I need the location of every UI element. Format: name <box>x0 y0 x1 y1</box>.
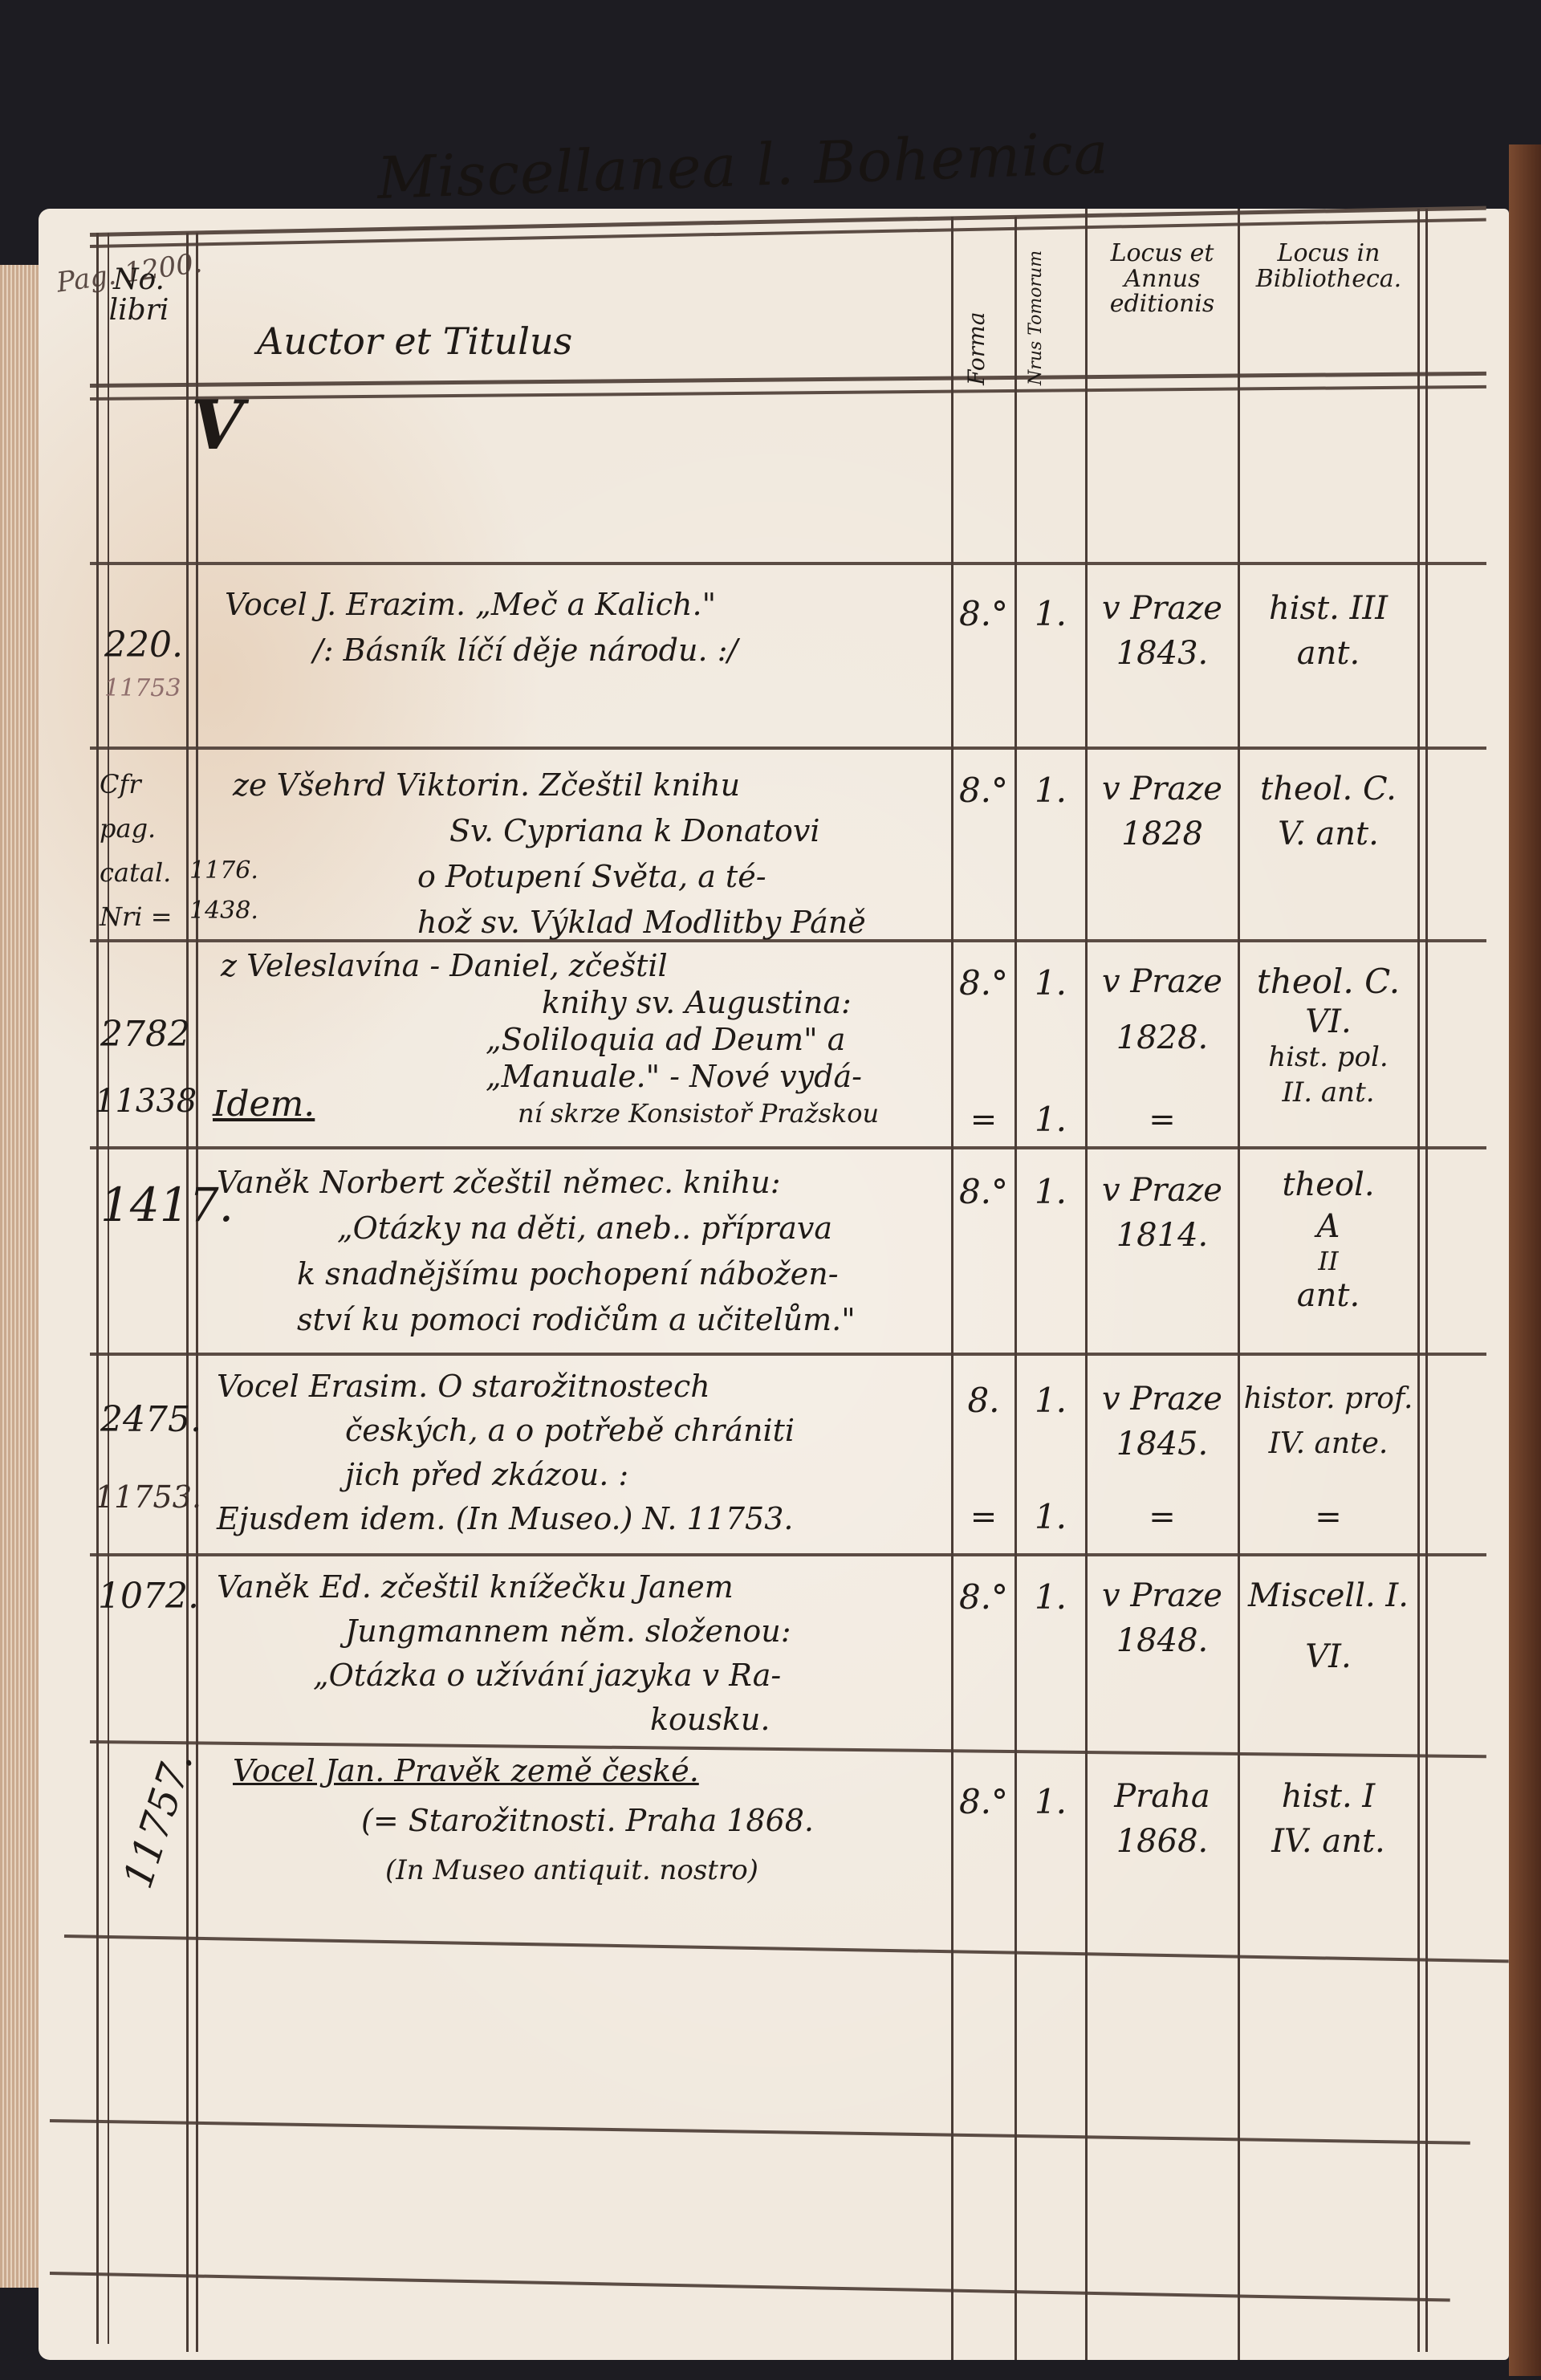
entry-line: kousku. <box>217 1698 791 1742</box>
shelf-mark: ant. <box>1240 1275 1417 1316</box>
col-rule <box>951 217 953 2360</box>
tomi-value: 1. <box>1017 1778 1084 1826</box>
shelf-mark: hist. I <box>1240 1774 1417 1819</box>
row-number: 2475. <box>100 1401 201 1439</box>
year: 1845. <box>1088 1422 1237 1467</box>
shelf-mark: ant. <box>1240 631 1417 676</box>
place: v Praze <box>1088 586 1237 631</box>
shelf-mark: IV. ant. <box>1240 1819 1417 1864</box>
row-number-secondary: 11753. <box>95 1481 201 1515</box>
shelf-mark: II <box>1240 1247 1417 1275</box>
locus-bibliotheca: Miscell. I. VI. <box>1240 1573 1417 1679</box>
shelf-mark: theol. <box>1240 1164 1417 1206</box>
place: v Praze <box>1088 1168 1237 1213</box>
locus-annus: v Praze 1845. <box>1088 1377 1237 1467</box>
year: 1828. <box>1088 1015 1237 1060</box>
shelf-mark: theol. C. <box>1240 767 1417 812</box>
year: 1814. <box>1088 1213 1237 1258</box>
entry-line: Vocel Erasim. O starožitnostech <box>217 1365 795 1409</box>
locus-bibliotheca: histor. prof. IV. ante. <box>1240 1377 1417 1467</box>
entry-text: Vocel Erasim. O starožitnostech českých,… <box>217 1365 795 1541</box>
row-number-pencil: 11753 <box>104 674 181 702</box>
locus-annus-ditto: = <box>1088 1493 1237 1541</box>
entry-line: (In Museo antiquit. nostro) <box>233 1845 814 1895</box>
row-number: 1417. <box>100 1180 234 1231</box>
tomi-value: 1. <box>1017 590 1084 638</box>
shelf-mark: V. ant. <box>1240 812 1417 856</box>
locus-annus: v Praze 1828. <box>1088 959 1237 1060</box>
forma-value: 8.° <box>953 590 1014 638</box>
col-rule <box>1425 209 1428 2352</box>
col-rule <box>186 233 189 2352</box>
entry-line: ní skrze Konsistoř Pražskou <box>221 1095 879 1132</box>
year: 1828 <box>1088 812 1237 856</box>
entry-line: Sv. Cypriana k Donatovi <box>233 808 866 854</box>
row-divider <box>90 562 1486 565</box>
book-cover-edge <box>1509 144 1541 2376</box>
entry-line: „Otázky na děti, aneb.. příprava <box>217 1206 856 1251</box>
entry-line: knihy sv. Augustina: <box>221 984 879 1021</box>
locus-bibliotheca: theol. C. V. ant. <box>1240 767 1417 856</box>
row-number-cross-reference: Cfr pag. catal. Nri = <box>100 763 188 939</box>
entry-text: Vaněk Norbert zčeštil němec. knihu: „Otá… <box>217 1160 856 1343</box>
page-title: Miscellanea l. Bohemica <box>376 119 1110 212</box>
tomi-value-secondary: 1. <box>1017 1493 1084 1541</box>
shelf-mark: VI. <box>1240 1634 1417 1679</box>
locus-bibliotheca: theol. A II ant. <box>1240 1164 1417 1316</box>
year: 1868. <box>1088 1819 1237 1864</box>
shelf-mark: A <box>1240 1206 1417 1247</box>
forma-value: 8. <box>953 1377 1014 1425</box>
entry-text: ze Všehrd Viktorin. Zčeštil knihu Sv. Cy… <box>233 763 866 946</box>
col-rule <box>1085 209 1088 2360</box>
entry-line: /: Básník líčí děje národu. :/ <box>225 628 738 673</box>
forma-value: 8.° <box>953 959 1014 1007</box>
shelf-mark: IV. ante. <box>1240 1422 1417 1467</box>
entry-line: Vocel Jan. Pravěk země české. <box>233 1746 814 1796</box>
shelf-mark: Miscell. I. <box>1240 1573 1417 1618</box>
entry-line: Vaněk Norbert zčeštil němec. knihu: <box>217 1160 856 1206</box>
tomi-value: 1. <box>1017 1168 1084 1216</box>
tomi-value-secondary: 1. <box>1017 1096 1084 1144</box>
forma-value: 8.° <box>953 767 1014 815</box>
place: Praha <box>1088 1774 1237 1819</box>
place: v Praze <box>1088 767 1237 812</box>
entry-line: (= Starožitnosti. Praha 1868. <box>233 1796 814 1845</box>
locus-annus: v Praze 1828 <box>1088 767 1237 856</box>
locus-annus: Praha 1868. <box>1088 1774 1237 1864</box>
forma-value: 8.° <box>953 1573 1014 1621</box>
header-locus-bibliotheca: Locus in Bibliotheca. <box>1242 241 1415 291</box>
col-rule <box>96 233 99 2344</box>
shelf-mark: hist. pol. <box>1240 1039 1417 1075</box>
place: v Praze <box>1088 959 1237 1004</box>
locus-annus: v Praze 1814. <box>1088 1168 1237 1258</box>
tomi-value: 1. <box>1017 767 1084 815</box>
shelf-mark: VI. <box>1240 1004 1417 1039</box>
entry-line: ze Všehrd Viktorin. Zčeštil knihu <box>233 763 866 808</box>
row-divider <box>90 1553 1486 1556</box>
header-no-libri: No. libri <box>95 265 183 326</box>
col-rule <box>1417 209 1420 2352</box>
col-rule <box>108 233 109 2344</box>
year: 1848. <box>1088 1618 1237 1663</box>
locus-annus: v Praze 1848. <box>1088 1573 1237 1663</box>
forma-ditto: = <box>953 1493 1014 1541</box>
entry-line: „Otázka o užívání jazyka v Ra- <box>217 1654 791 1698</box>
shelf-mark: histor. prof. <box>1240 1377 1417 1422</box>
col-rule <box>196 233 198 2352</box>
header-tomi: Nrus Tomorum <box>1026 241 1046 385</box>
entry-line: Ejusdem idem. (In Museo.) N. 11753. <box>217 1497 795 1541</box>
entry-line: Vaněk Ed. zčeštil knížečku Janem <box>217 1565 791 1609</box>
header-forma: Forma <box>963 241 990 385</box>
place: v Praze <box>1088 1573 1237 1618</box>
row-divider <box>90 1146 1486 1149</box>
entry-line: Jungmannem něm. složenou: <box>217 1609 791 1654</box>
entry-line: českých, a o potřebě chrániti <box>217 1409 795 1453</box>
row-number: 2782 <box>100 1015 190 1054</box>
tomi-value: 1. <box>1017 959 1084 1007</box>
entry-text: Vocel Jan. Pravěk země české. (= Staroži… <box>233 1746 814 1895</box>
locus-bibliotheca-ditto: = <box>1240 1493 1417 1541</box>
entry-line: hož sv. Výklad Modlitby Páně <box>233 900 866 946</box>
entry-line: jich před zkázou. : <box>217 1453 795 1497</box>
header-locus-annus: Locus et Annus editionis <box>1090 241 1234 317</box>
shelf-mark: theol. C. <box>1240 959 1417 1004</box>
row-divider <box>90 1353 1486 1356</box>
header-author-title: Auctor et Titulus <box>257 321 572 362</box>
row-number: 1072. <box>98 1577 199 1616</box>
entry-line: „Soliloquia ad Deum" a <box>221 1021 879 1058</box>
locus-annus: v Praze 1843. <box>1088 586 1237 676</box>
shelf-mark: II. ant. <box>1240 1075 1417 1110</box>
row-number-secondary: 11338 <box>95 1084 197 1119</box>
row-divider <box>90 747 1486 750</box>
year: 1843. <box>1088 631 1237 676</box>
locus-bibliotheca: theol. C. VI. hist. pol. II. ant. <box>1240 959 1417 1110</box>
entry-line: z Veleslavína - Daniel, zčeštil <box>221 947 879 984</box>
locus-bibliotheca: hist. III ant. <box>1240 586 1417 676</box>
entry-line: k snadnějšímu pochopení nábožen- <box>217 1251 856 1297</box>
entry-line: ství ku pomoci rodičům a učitelům." <box>217 1297 856 1343</box>
entry-text: Vocel J. Erazim. „Meč a Kalich." /: Básn… <box>225 582 738 673</box>
shelf-mark: hist. III <box>1240 586 1417 631</box>
place: v Praze <box>1088 1377 1237 1422</box>
entry-line: Vocel J. Erazim. „Meč a Kalich." <box>225 582 738 628</box>
tomi-value: 1. <box>1017 1573 1084 1621</box>
entry-line: „Manuale." - Nové vydá- <box>221 1058 879 1095</box>
forma-ditto: = <box>953 1096 1014 1144</box>
entry-text: Vaněk Ed. zčeštil knížečku Janem Jungman… <box>217 1565 791 1742</box>
row-number: 220. <box>104 626 183 665</box>
entry-line: o Potupení Světa, a té- <box>233 854 866 900</box>
locus-bibliotheca: hist. I IV. ant. <box>1240 1774 1417 1864</box>
locus-annus-ditto: = <box>1088 1096 1237 1144</box>
entry-text: z Veleslavína - Daniel, zčeštil knihy sv… <box>221 947 879 1132</box>
section-letter: V <box>191 385 243 465</box>
forma-value: 8.° <box>953 1778 1014 1826</box>
tomi-value: 1. <box>1017 1377 1084 1425</box>
forma-value: 8.° <box>953 1168 1014 1216</box>
col-rule <box>1014 217 1017 2360</box>
